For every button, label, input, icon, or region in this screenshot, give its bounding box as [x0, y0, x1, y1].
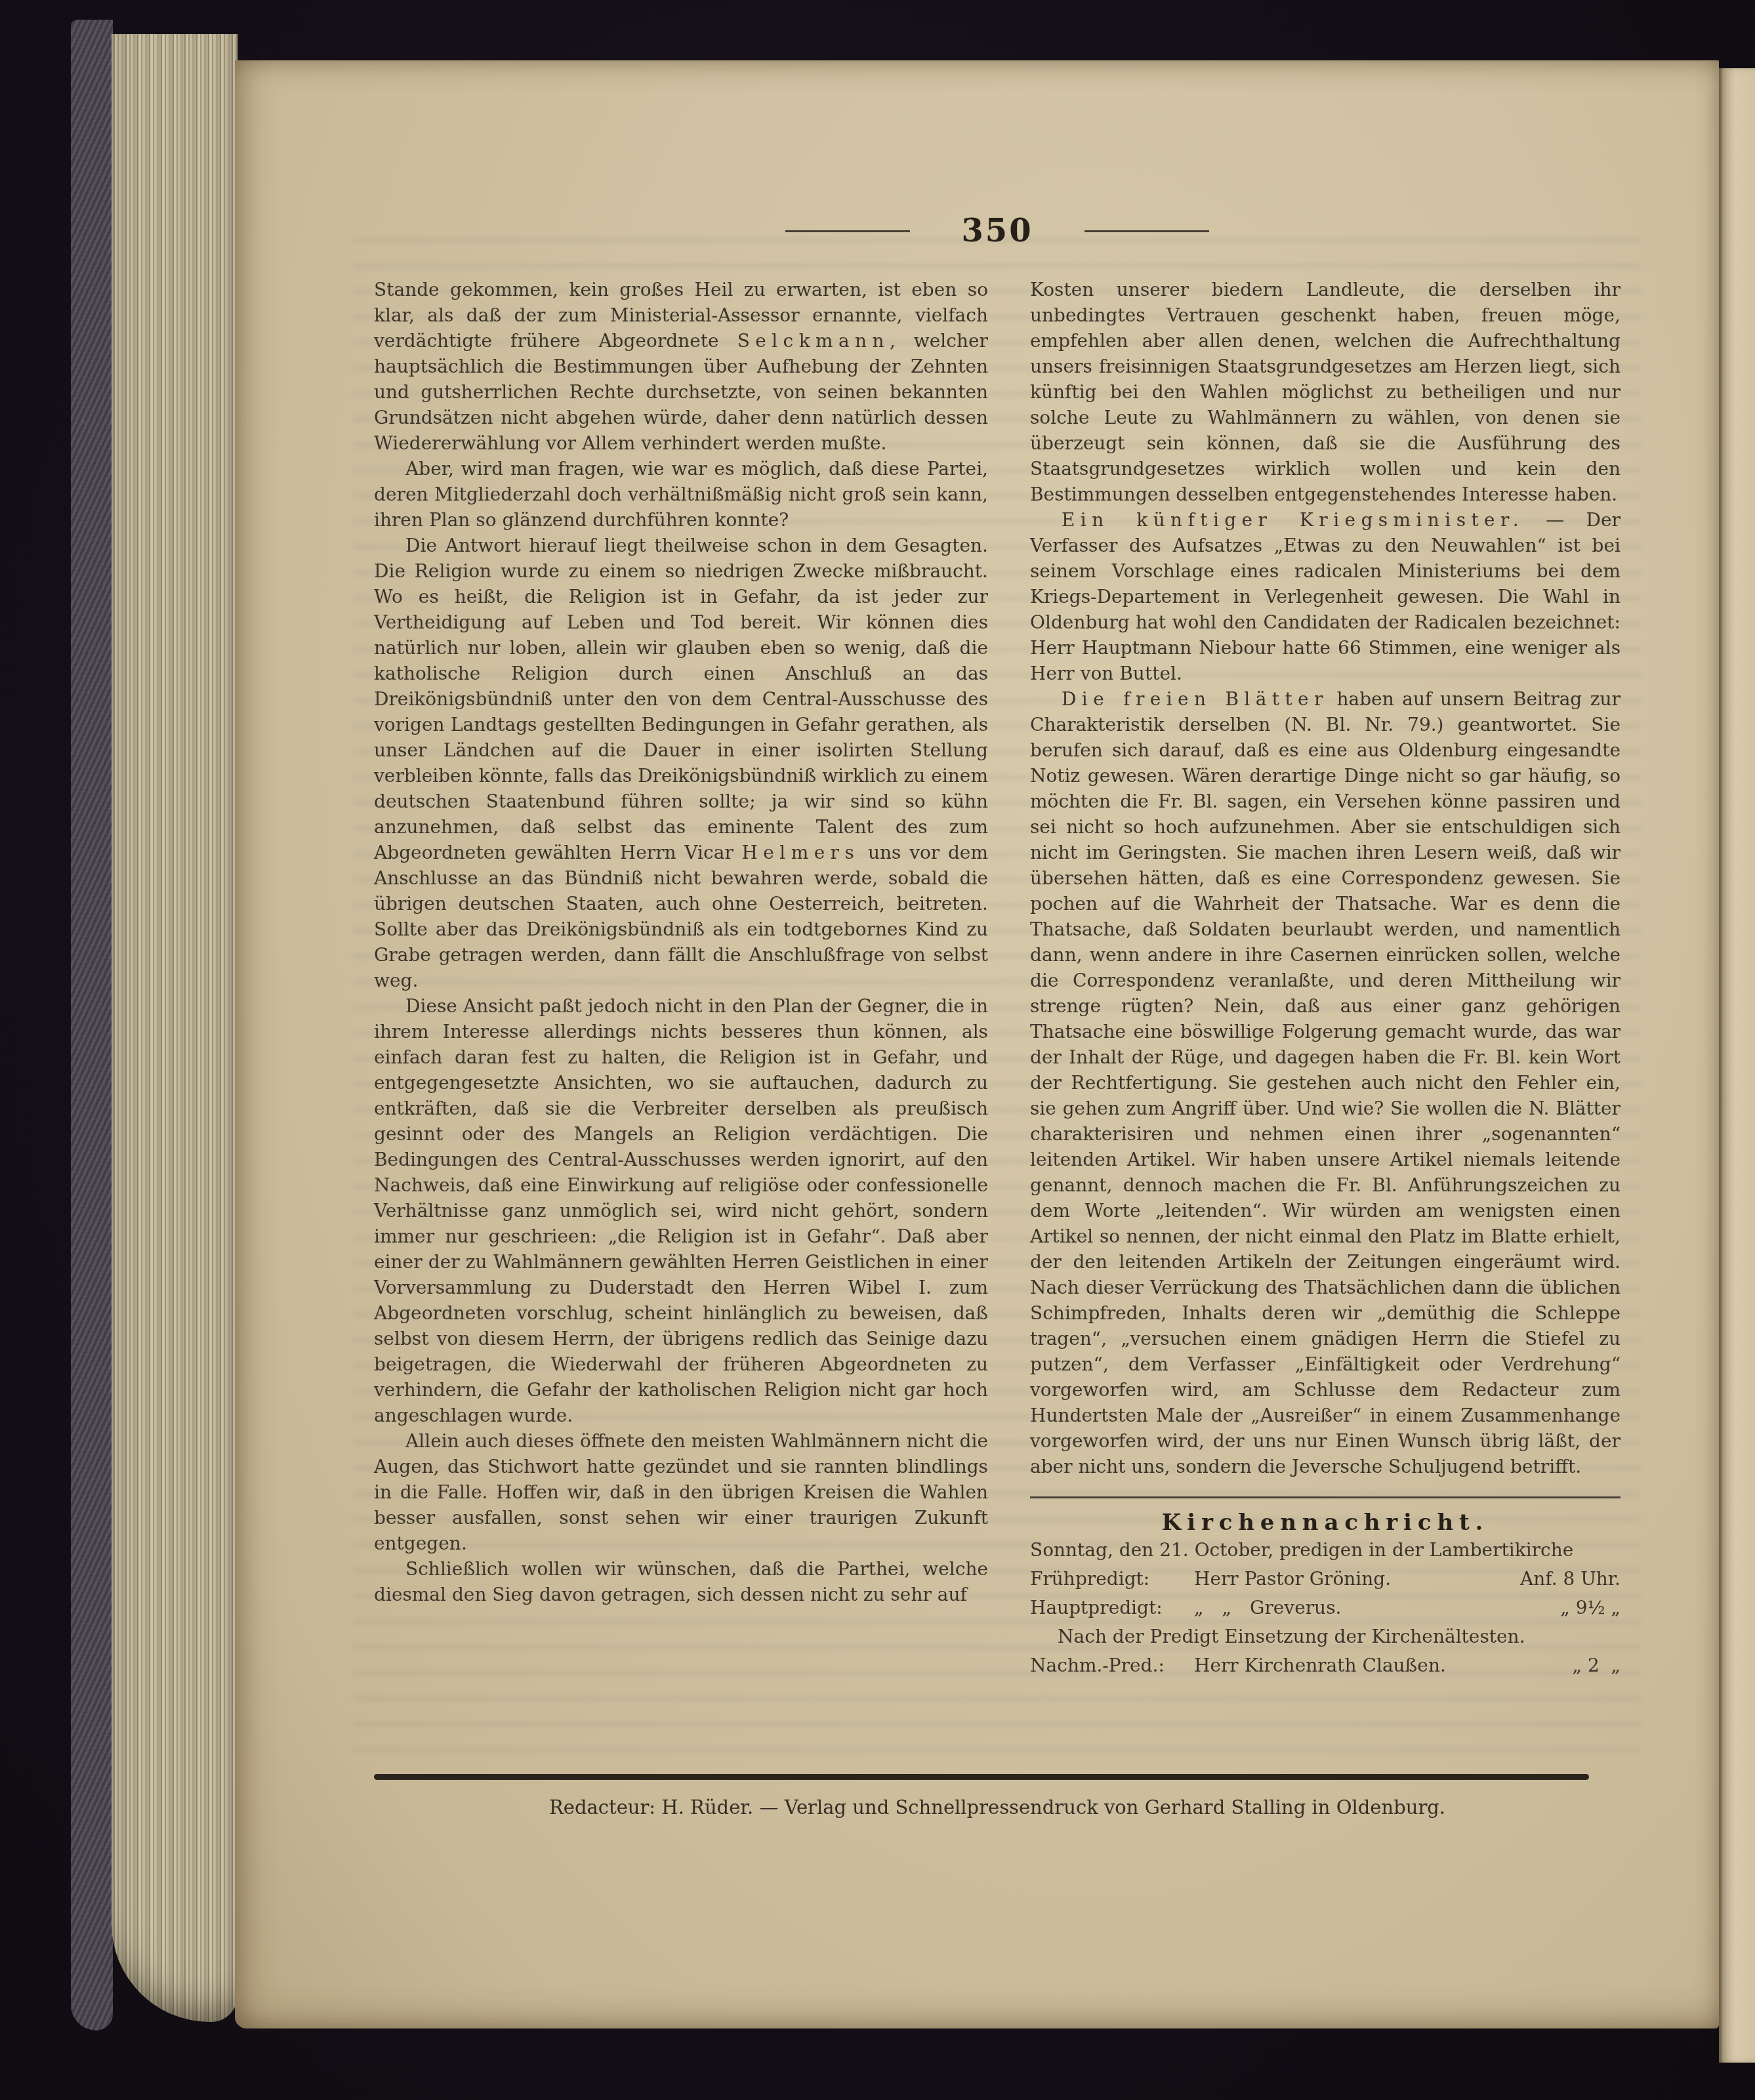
service-label: Frühpredigt: — [1030, 1565, 1194, 1594]
paragraph: Kosten unserer biedern Landleute, die de… — [1030, 277, 1621, 507]
page-number-rule-right — [1084, 230, 1209, 232]
spaced-headline: Ein künftiger Kriegsminister. — [1062, 509, 1524, 531]
service-label: Hauptpredigt: — [1030, 1594, 1194, 1622]
paragraph: Die freien Blätter haben auf unsern Beit… — [1030, 686, 1621, 1479]
imprint-line: Redacteur: H. Rüder. — Verlag und Schnel… — [374, 1796, 1621, 1819]
church-notice-row: Nachm.-Pred.: Herr Kirchenrath Claußen. … — [1030, 1651, 1621, 1680]
scanned-book-photo: 350 Stande gekommen, kein großes Heil zu… — [0, 0, 1755, 2100]
church-notice-title: Kirchennachricht. — [1030, 1510, 1621, 1536]
service-label: Nachm.-Pred.: — [1030, 1651, 1194, 1680]
paragraph: Aber, wird man fragen, wie war es möglic… — [374, 456, 988, 533]
book-spine — [71, 20, 113, 2030]
column-left: Stande gekommen, kein großes Heil zu erw… — [374, 277, 988, 1607]
paragraph: Stande gekommen, kein großes Heil zu erw… — [374, 277, 988, 456]
page-stack-edges — [112, 34, 237, 2022]
paragraph: Die Antwort hierauf liegt theilweise sch… — [374, 533, 988, 993]
service-time: „ 9½ „ — [1470, 1594, 1621, 1622]
column-right: Kosten unserer biedern Landleute, die de… — [1030, 277, 1621, 1680]
church-notice-row: Frühpredigt: Herr Pastor Gröning. Anf. 8… — [1030, 1565, 1621, 1594]
section-divider-rule — [1030, 1496, 1621, 1498]
spaced-name: Helmers — [742, 842, 860, 863]
church-notice-note: Nach der Predigt Einsetzung der Kirchenä… — [1030, 1622, 1621, 1651]
paragraph: Allein auch dieses öffnete den meisten W… — [374, 1428, 988, 1556]
paragraph: Ein künftiger Kriegsminister. — Der Verf… — [1030, 507, 1621, 686]
book-page: 350 Stande gekommen, kein großes Heil zu… — [235, 60, 1719, 2028]
service-preacher: „ „ Greverus. — [1194, 1594, 1470, 1622]
page-header: 350 — [374, 213, 1621, 249]
spaced-headline: Die freien Blätter — [1062, 688, 1329, 710]
service-time: „ 2 „ — [1470, 1651, 1621, 1680]
church-notice-row: Hauptpredigt: „ „ Greverus. „ 9½ „ — [1030, 1594, 1621, 1622]
footer-rule — [374, 1774, 1589, 1780]
spaced-name: Selckmann — [737, 330, 890, 352]
service-time: Anf. 8 Uhr. — [1470, 1565, 1621, 1594]
church-notice-intro: Sonntag, den 21. October, predigen in de… — [1030, 1536, 1621, 1565]
page-number: 350 — [961, 213, 1033, 249]
page-number-rule-left — [785, 230, 910, 232]
adjacent-page-edge — [1719, 68, 1755, 2063]
service-preacher: Herr Pastor Gröning. — [1194, 1565, 1470, 1594]
paragraph: Diese Ansicht paßt jedoch nicht in den P… — [374, 993, 988, 1428]
paragraph: Schließlich wollen wir wünschen, daß die… — [374, 1556, 988, 1607]
service-preacher: Herr Kirchenrath Claußen. — [1194, 1651, 1470, 1680]
